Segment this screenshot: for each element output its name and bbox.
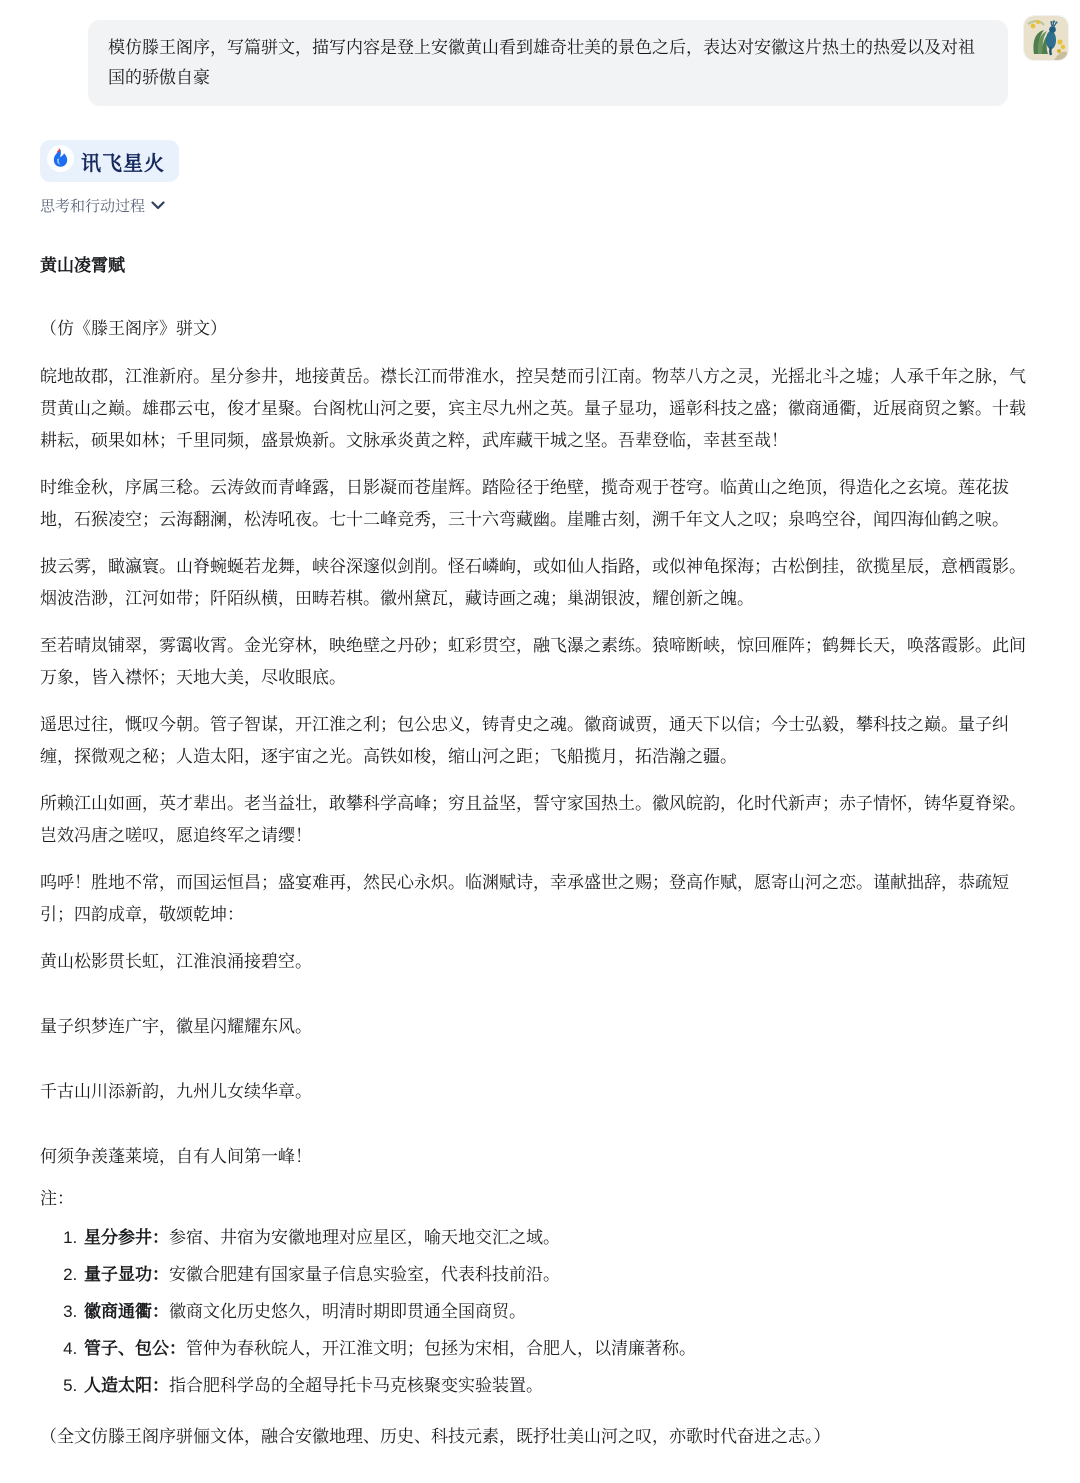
note-item: 人造太阳：指合肥科学岛的全超导托卡马克核聚变实验装置。	[82, 1371, 1042, 1401]
answer-body: 黄山凌霄赋 （仿《滕王阁序》骈文） 皖地故郡，江淮新府。星分参井，地接黄岳。襟长…	[40, 250, 1042, 1453]
footnote: （全文仿滕王阁序骈俪文体，融合安徽地理、历史、科技元素，既抒壮美山河之叹，亦歌时…	[40, 1421, 1042, 1453]
verse-line: 量子织梦连广宇，徽星闪耀耀东风。	[40, 1011, 1042, 1043]
notes-list: 星分参井：参宿、井宿为安徽地理对应星区，喻天地交汇之域。 量子显功：安徽合肥建有…	[40, 1223, 1042, 1401]
paragraph: 遥思过往，慨叹今朝。管子智谋，开江淮之利；包公忠义，铸青史之魂。徽商诚贾，通天下…	[40, 709, 1042, 773]
paragraph: 皖地故郡，江淮新府。星分参井，地接黄岳。襟长江而带淮水，控吴楚而引江南。物萃八方…	[40, 361, 1042, 457]
user-avatar	[1024, 16, 1068, 60]
note-item: 量子显功：安徽合肥建有国家量子信息实验室，代表科技前沿。	[82, 1260, 1042, 1290]
poem-subtitle: （仿《滕王阁序》骈文）	[40, 313, 1042, 345]
notes-label: 注：	[40, 1183, 1042, 1215]
poem-title: 黄山凌霄赋	[40, 250, 1042, 282]
chat-page: 模仿滕王阁序，写篇骈文，描写内容是登上安徽黄山看到雄奇壮美的景色之后，表达对安徽…	[0, 0, 1080, 1483]
note-item: 徽商通衢：徽商文化历史悠久，明清时期即贯通全国商贸。	[82, 1297, 1042, 1327]
user-message-bubble: 模仿滕王阁序，写篇骈文，描写内容是登上安徽黄山看到雄奇壮美的景色之后，表达对安徽…	[88, 20, 1008, 106]
user-message-row: 模仿滕王阁序，写篇骈文，描写内容是登上安徽黄山看到雄奇壮美的景色之后，表达对安徽…	[40, 20, 1068, 106]
thought-process-toggle[interactable]: 思考和行动过程	[40, 195, 165, 216]
paragraph: 呜呼！胜地不常，而国运恒昌；盛宴难再，然民心永炽。临渊赋诗，幸承盛世之赐；登高作…	[40, 867, 1042, 931]
verse-line: 何须争羡蓬莱境，自有人间第一峰！	[40, 1141, 1042, 1173]
paragraph: 时维金秋，序属三稔。云涛敛而青峰露，日影凝而苍崖辉。踏险径于绝壁，揽奇观于苍穹。…	[40, 472, 1042, 536]
thought-toggle-label: 思考和行动过程	[40, 195, 145, 216]
paragraph: 所赖江山如画，英才辈出。老当益壮，敢攀科学高峰；穷且益坚，誓守家国热土。徽风皖韵…	[40, 788, 1042, 852]
note-item: 星分参井：参宿、井宿为安徽地理对应星区，喻天地交汇之域。	[82, 1223, 1042, 1253]
verse-line: 黄山松影贯长虹，江淮浪涌接碧空。	[40, 946, 1042, 978]
paragraph: 至若晴岚铺翠，雾霭收霄。金光穿林，映绝壁之丹砂；虹彩贯空，融飞瀑之素练。猿啼断峡…	[40, 630, 1042, 694]
spark-flame-icon	[47, 145, 74, 177]
chevron-down-icon	[151, 197, 165, 214]
note-item: 管子、包公：管仲为春秋皖人，开江淮文明；包拯为宋相，合肥人，以清廉著称。	[82, 1334, 1042, 1364]
verse-line: 千古山川添新韵，九州儿女续华章。	[40, 1076, 1042, 1108]
brand-name: 讯飞星火	[81, 147, 165, 176]
peacock-avatar-icon	[1024, 47, 1068, 60]
paragraph: 披云雾，瞰瀛寰。山脊蜿蜒若龙舞，峡谷深邃似剑削。怪石嶙峋，或如仙人指路，或似神龟…	[40, 551, 1042, 615]
brand-badge: 讯飞星火	[40, 140, 179, 182]
assistant-response: 讯飞星火 思考和行动过程 黄山凌霄赋 （仿《滕王阁序》骈文） 皖地故郡，江淮新府…	[40, 106, 1042, 1453]
